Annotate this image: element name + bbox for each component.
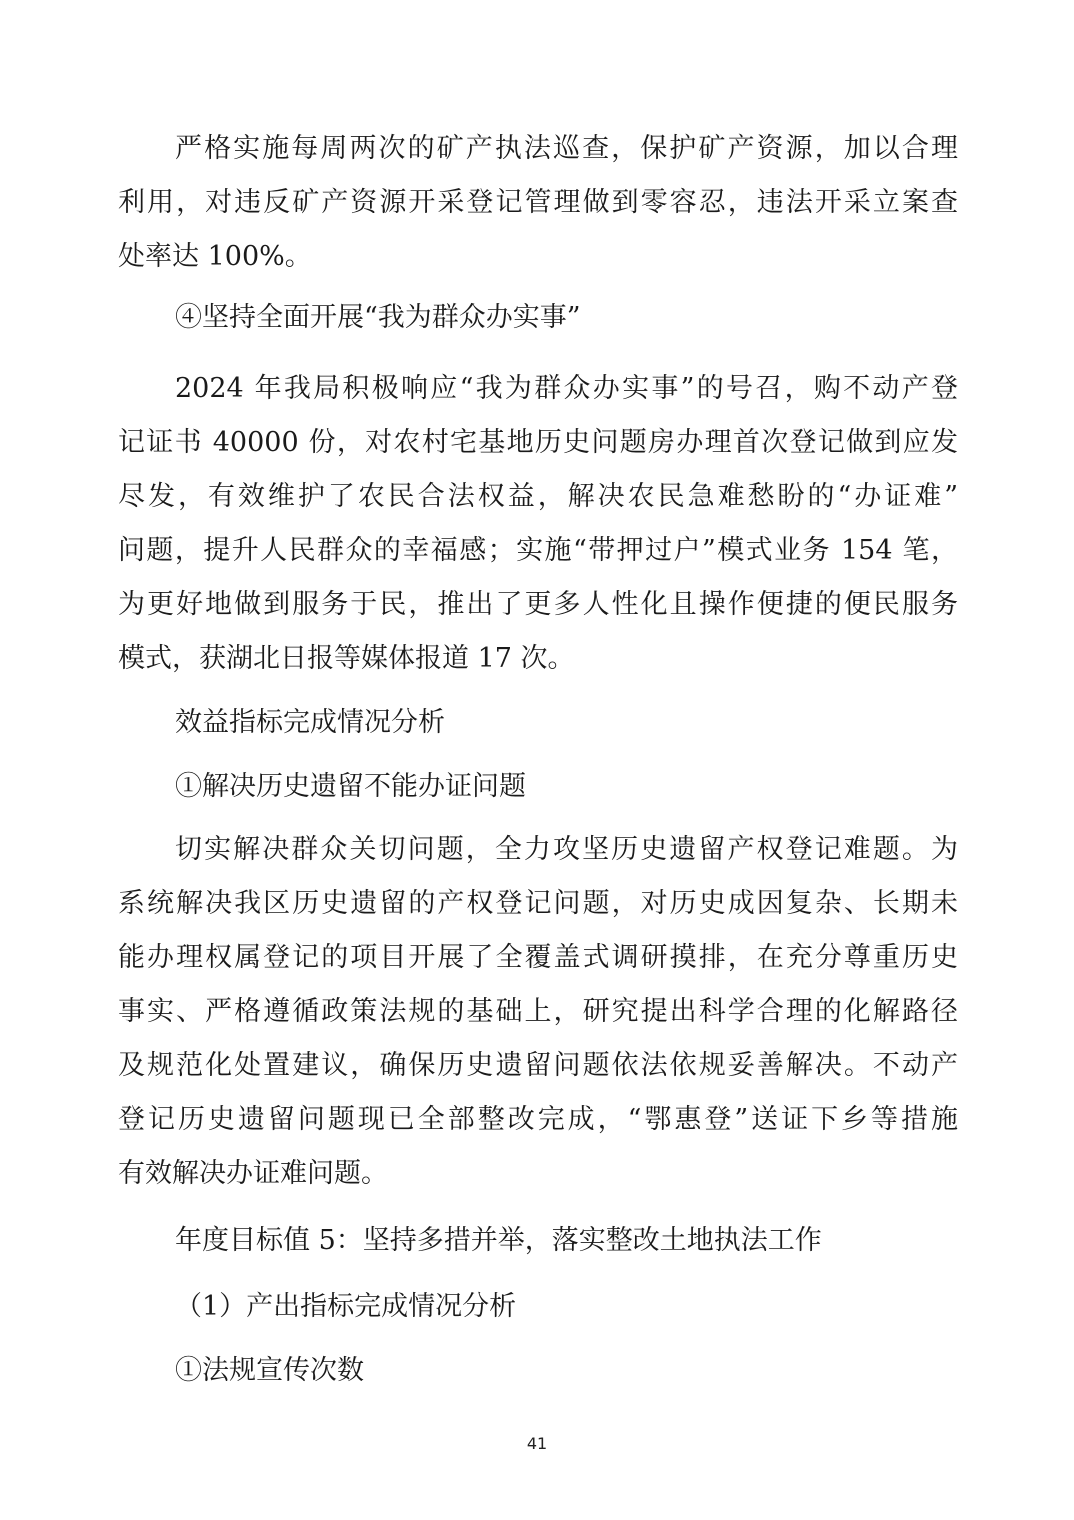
section-heading: ①解决历史遗留不能办证问题 [175, 770, 958, 804]
paragraph-line: 切实解决群众关切问题，全力攻坚历史遗留产权登记难题。为 [175, 833, 958, 867]
paragraph-line: 记证书 40000 份，对农村宅基地历史问题房办理首次登记做到应发 [118, 426, 958, 460]
paragraph-line: 模式，获湖北日报等媒体报道 17 次。 [118, 642, 958, 676]
section-heading: 效益指标完成情况分析 [175, 706, 958, 740]
paragraph-line: 尽发，有效维护了农民合法权益，解决农民急难愁盼的“办证难” [118, 480, 958, 514]
section-heading: 年度目标值 5：坚持多措并举，落实整改土地执法工作 [175, 1224, 958, 1258]
paragraph-line: 及规范化处置建议，确保历史遗留问题依法依规妥善解决。不动产 [118, 1049, 958, 1083]
paragraph-line: 问题，提升人民群众的幸福感；实施“带押过户”模式业务 154 笔， [118, 534, 958, 568]
paragraph-line: 为更好地做到服务于民，推出了更多人性化且操作便捷的便民服务 [118, 588, 958, 622]
paragraph-line: 2024 年我局积极响应“我为群众办实事”的号召，购不动产登 [175, 372, 958, 406]
paragraph-line: 有效解决办证难问题。 [118, 1157, 958, 1191]
section-heading: （1）产出指标完成情况分析 [175, 1290, 958, 1324]
section-heading: ④坚持全面开展“我为群众办实事” [175, 301, 958, 335]
paragraph-line: 事实、严格遵循政策法规的基础上，研究提出科学合理的化解路径 [118, 995, 958, 1029]
paragraph-line: 严格实施每周两次的矿产执法巡查，保护矿产资源，加以合理 [175, 132, 958, 166]
paragraph-line: 登记历史遗留问题现已全部整改完成，“鄂惠登”送证下乡等措施 [118, 1103, 958, 1137]
document-page: 严格实施每周两次的矿产执法巡查，保护矿产资源，加以合理 利用，对违反矿产资源开采… [0, 0, 1074, 1520]
paragraph-line: 系统解决我区历史遗留的产权登记问题，对历史成因复杂、长期未 [118, 887, 958, 921]
paragraph-line: 处率达 100%。 [118, 240, 958, 274]
paragraph-line: 利用，对违反矿产资源开采登记管理做到零容忍，违法开采立案查 [118, 186, 958, 220]
section-heading: ①法规宣传次数 [175, 1354, 958, 1388]
paragraph-line: 能办理权属登记的项目开展了全覆盖式调研摸排，在充分尊重历史 [118, 941, 958, 975]
page-number: 41 [0, 1434, 1074, 1453]
